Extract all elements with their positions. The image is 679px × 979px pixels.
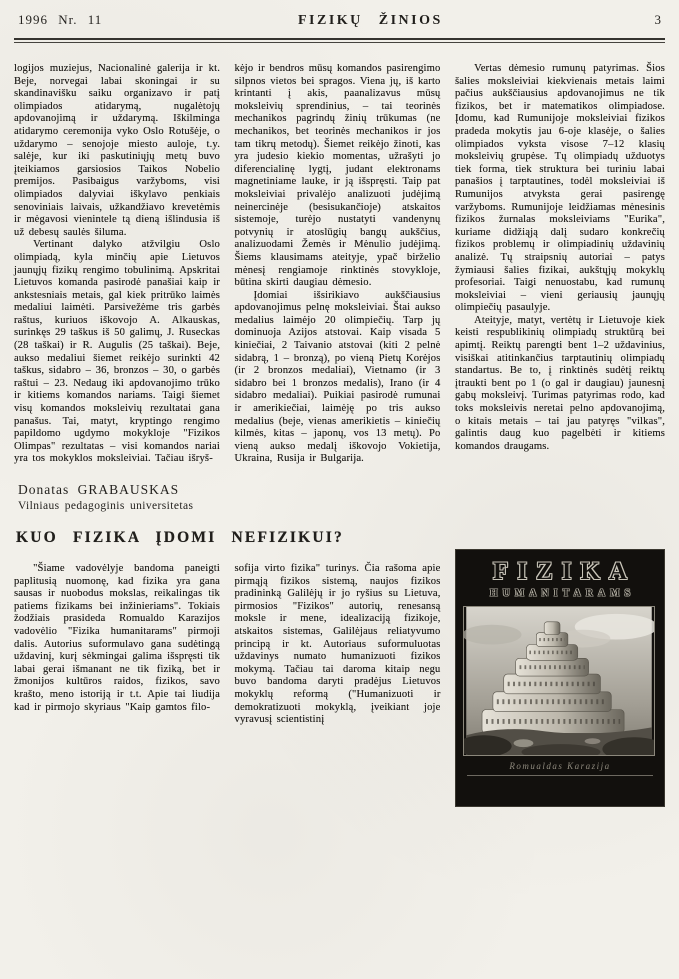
page-header: 1996 Nr. 11 FIZIKŲ ŽINIOS 3: [14, 10, 665, 32]
olympiad-column-1: logijos muziejus, Nacionalinė galerija i…: [14, 63, 220, 466]
page-number: 3: [655, 12, 662, 28]
paragraph: "Šiame vadovėlyje bandoma paneigti papli…: [14, 563, 220, 714]
paragraph: logijos muziejus, Nacionalinė galerija i…: [14, 63, 220, 239]
article-heading: KUO FIZIKA ĮDOMI NEFIZIKUI?: [14, 529, 665, 547]
book-cover-subtitle: HUMANITARAMS: [463, 588, 657, 599]
review-column-2: sofija virto fizika" turinys. Čia rašoma…: [235, 563, 441, 807]
paragraph: kėjo ir bendros mūsų komandos pasirengim…: [235, 63, 441, 290]
cover-caption-rule: [467, 775, 653, 776]
review-column-1: "Šiame vadovėlyje bandoma paneigti papli…: [14, 563, 220, 807]
review-article: "Šiame vadovėlyje bandoma paneigti papli…: [14, 563, 665, 807]
olympiad-column-3: Vertas dėmesio rumunų patyrimas. Šios ša…: [455, 63, 665, 466]
tower-of-babel-illustration: [463, 606, 655, 756]
issue-number: 1996 Nr. 11: [18, 12, 102, 28]
byline: Donatas GRABAUSKAS Vilniaus pedagoginis …: [14, 482, 665, 512]
byline-author: Donatas GRABAUSKAS: [18, 482, 665, 498]
paragraph: Įdomiai išsirikiavo aukščiausius apdovan…: [235, 290, 441, 466]
book-cover-title: FIZIKA: [463, 558, 657, 586]
olympiad-column-2: kėjo ir bendros mūsų komandos pasirengim…: [235, 63, 441, 466]
paragraph: sofija virto fizika" turinys. Čia rašoma…: [235, 563, 441, 727]
byline-affiliation: Vilniaus pedagoginis universitetas: [18, 500, 665, 512]
olympiad-article: logijos muziejus, Nacionalinė galerija i…: [14, 63, 665, 466]
journal-title: FIZIKŲ ŽINIOS: [298, 13, 443, 29]
journal-page: 1996 Nr. 11 FIZIKŲ ŽINIOS 3 logijos muzi…: [0, 0, 679, 979]
paragraph: Vertas dėmesio rumunų patyrimas. Šios ša…: [455, 63, 665, 315]
book-cover: FIZIKA HUMANITARAMS: [455, 549, 665, 807]
book-cover-author: Romualdas Karazija: [463, 761, 657, 771]
paragraph: Ateityje, matyt, vertėtų ir Lietuvoje ki…: [455, 315, 665, 454]
header-rule: [14, 38, 665, 43]
paragraph: Vertinant dalyko atžvilgiu Oslo olimpiad…: [14, 239, 220, 466]
